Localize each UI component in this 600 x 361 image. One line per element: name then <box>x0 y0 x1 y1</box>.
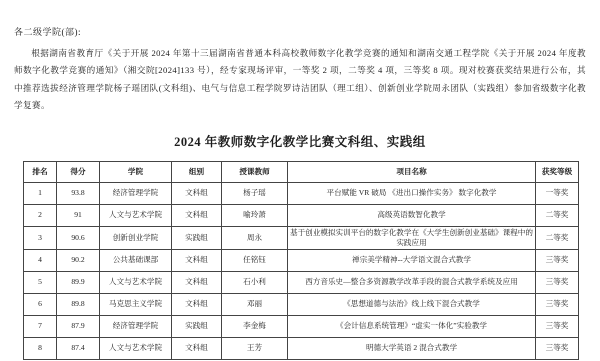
group-cell: 文科组 <box>172 337 222 359</box>
group-cell: 文科组 <box>172 249 222 271</box>
table-row: 689.8马克思主义学院文科组邓丽《思想道德与法治》线上线下混合式教学三等奖 <box>24 293 579 315</box>
intro-paragraph: 根据湖南省教育厅《关于开展 2024 年第十三届湖南省普通本科高校教师数字化教学… <box>14 45 586 115</box>
rank-cell: 4 <box>24 249 57 271</box>
header-score-cell: 得分 <box>57 161 100 182</box>
score-cell: 89.9 <box>57 271 100 293</box>
teacher-cell: 周永 <box>222 226 288 249</box>
award-cell: 三等奖 <box>536 315 579 337</box>
score-cell: 91 <box>57 204 100 226</box>
header-college-cell: 学院 <box>100 161 172 182</box>
project-cell: 明德大学英语 2 混合式教学 <box>288 337 536 359</box>
teacher-cell: 邓丽 <box>222 293 288 315</box>
header-group-cell: 组别 <box>172 161 222 182</box>
college-cell: 人文与艺术学院 <box>100 337 172 359</box>
header-rank-cell: 排名 <box>24 161 57 182</box>
results-table: 排名得分学院组别授课教师项目名称获奖等级 193.8经济管理学院文科组杨子瑶平台… <box>23 161 579 360</box>
header-award-cell: 获奖等级 <box>536 161 579 182</box>
project-cell: 基于创业模拟实训平台的数字化教学在《大学生创新创业基础》课程中的实践应用 <box>288 226 536 249</box>
table-row: 787.9经济管理学院实践组李金梅《会计信息系统管理》“虚实一体化”实验教学三等… <box>24 315 579 337</box>
score-cell: 90.2 <box>57 249 100 271</box>
rank-cell: 7 <box>24 315 57 337</box>
rank-cell: 5 <box>24 271 57 293</box>
college-cell: 经济管理学院 <box>100 315 172 337</box>
group-cell: 文科组 <box>172 204 222 226</box>
table-row: 390.6创新创业学院实践组周永基于创业模拟实训平台的数字化教学在《大学生创新创… <box>24 226 579 249</box>
teacher-cell: 喻玲萧 <box>222 204 288 226</box>
project-cell: 《会计信息系统管理》“虚实一体化”实验教学 <box>288 315 536 337</box>
award-cell: 二等奖 <box>536 204 579 226</box>
award-cell: 二等奖 <box>536 226 579 249</box>
group-cell: 实践组 <box>172 315 222 337</box>
award-cell: 三等奖 <box>536 337 579 359</box>
score-cell: 93.8 <box>57 182 100 204</box>
teacher-cell: 杨子瑶 <box>222 182 288 204</box>
rank-cell: 6 <box>24 293 57 315</box>
salutation: 各二级学院(部): <box>14 25 586 38</box>
group-cell: 文科组 <box>172 182 222 204</box>
teacher-cell: 任铭钰 <box>222 249 288 271</box>
results-table-wrapper: 排名得分学院组别授课教师项目名称获奖等级 193.8经济管理学院文科组杨子瑶平台… <box>23 161 586 360</box>
award-cell: 三等奖 <box>536 293 579 315</box>
college-cell: 人文与艺术学院 <box>100 204 172 226</box>
award-cell: 三等奖 <box>536 249 579 271</box>
award-cell: 一等奖 <box>536 182 579 204</box>
score-cell: 87.9 <box>57 315 100 337</box>
score-cell: 89.8 <box>57 293 100 315</box>
teacher-cell: 李金梅 <box>222 315 288 337</box>
rank-cell: 3 <box>24 226 57 249</box>
project-cell: 高级英语数智化教学 <box>288 204 536 226</box>
rank-cell: 2 <box>24 204 57 226</box>
rank-cell: 8 <box>24 337 57 359</box>
rank-cell: 1 <box>24 182 57 204</box>
header-project-cell: 项目名称 <box>288 161 536 182</box>
project-cell: 平台赋能 VR 破局 《进出口操作实务》 数字化教学 <box>288 182 536 204</box>
table-row: 887.4人文与艺术学院文科组王芳明德大学英语 2 混合式教学三等奖 <box>24 337 579 359</box>
score-cell: 87.4 <box>57 337 100 359</box>
project-cell: 西方音乐史—整合多资源教学改革手段的混合式教学系统及应用 <box>288 271 536 293</box>
group-cell: 实践组 <box>172 226 222 249</box>
group-cell: 文科组 <box>172 271 222 293</box>
college-cell: 经济管理学院 <box>100 182 172 204</box>
table-header-row: 排名得分学院组别授课教师项目名称获奖等级 <box>24 161 579 182</box>
college-cell: 创新创业学院 <box>100 226 172 249</box>
college-cell: 马克思主义学院 <box>100 293 172 315</box>
teacher-cell: 石小利 <box>222 271 288 293</box>
college-cell: 人文与艺术学院 <box>100 271 172 293</box>
table-row: 589.9人文与艺术学院文科组石小利西方音乐史—整合多资源教学改革手段的混合式教… <box>24 271 579 293</box>
project-cell: 《思想道德与法治》线上线下混合式教学 <box>288 293 536 315</box>
college-cell: 公共基础课部 <box>100 249 172 271</box>
header-teacher-cell: 授课教师 <box>222 161 288 182</box>
group-cell: 文科组 <box>172 293 222 315</box>
table-row: 490.2公共基础课部文科组任铭钰禅宗美学精神--大学语文混合式教学三等奖 <box>24 249 579 271</box>
table-body: 193.8经济管理学院文科组杨子瑶平台赋能 VR 破局 《进出口操作实务》 数字… <box>24 182 579 359</box>
award-cell: 三等奖 <box>536 271 579 293</box>
table-row: 291人文与艺术学院文科组喻玲萧高级英语数智化教学二等奖 <box>24 204 579 226</box>
table-row: 193.8经济管理学院文科组杨子瑶平台赋能 VR 破局 《进出口操作实务》 数字… <box>24 182 579 204</box>
project-cell: 禅宗美学精神--大学语文混合式教学 <box>288 249 536 271</box>
teacher-cell: 王芳 <box>222 337 288 359</box>
table-title: 2024 年教师数字化教学比赛文科组、实践组 <box>14 132 586 150</box>
score-cell: 90.6 <box>57 226 100 249</box>
